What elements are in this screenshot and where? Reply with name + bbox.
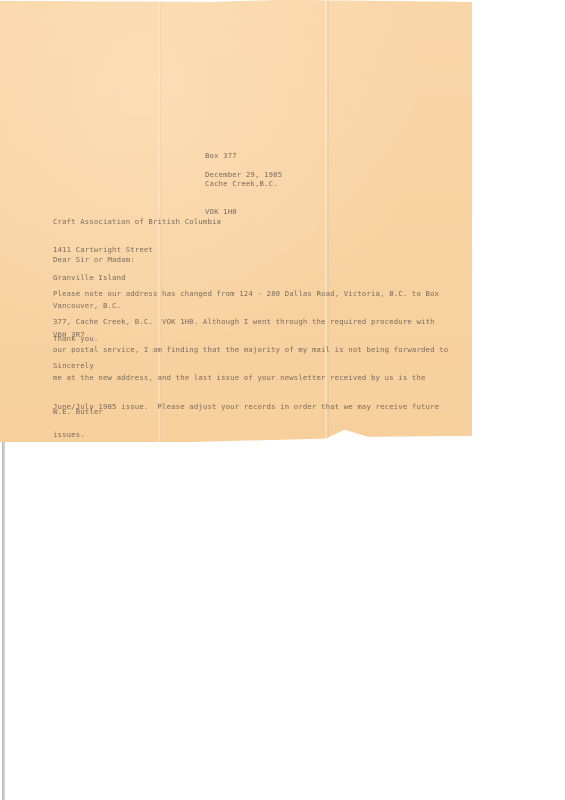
- sender-address-line: Box 377: [205, 151, 278, 160]
- scanner-edge-line: [2, 440, 5, 800]
- body-paragraph: Please note our address has changed from…: [53, 270, 448, 458]
- body-line: Please note our address has changed from…: [53, 289, 448, 298]
- recipient-address-line: Craft Association of British Columbia: [53, 217, 221, 226]
- recipient-address-line: 1411 Cartwright Street: [53, 245, 221, 254]
- closing-line: Sincerely: [53, 361, 94, 370]
- sender-address-line: Cache Creek,B.C.: [205, 179, 278, 188]
- salutation: Dear Sir or Madam:: [53, 255, 135, 264]
- body-line: June/July 1985 issue. Please adjust your…: [53, 402, 448, 411]
- body-line: 377, Cache Creek, B.C. VOK 1H0. Although…: [53, 317, 448, 326]
- body-line: issues.: [53, 430, 448, 439]
- letter-date: December 29, 1985: [205, 170, 282, 179]
- thanks-line: Thank you.: [53, 334, 98, 343]
- body-line: me at the new address, and the last issu…: [53, 373, 448, 382]
- signature-name: W.E. Butler: [53, 407, 103, 416]
- letter-paper: Box 377 Cache Creek,B.C. VOK 1H0 Decembe…: [0, 0, 472, 442]
- body-line: our postal service, I am finding that th…: [53, 345, 448, 354]
